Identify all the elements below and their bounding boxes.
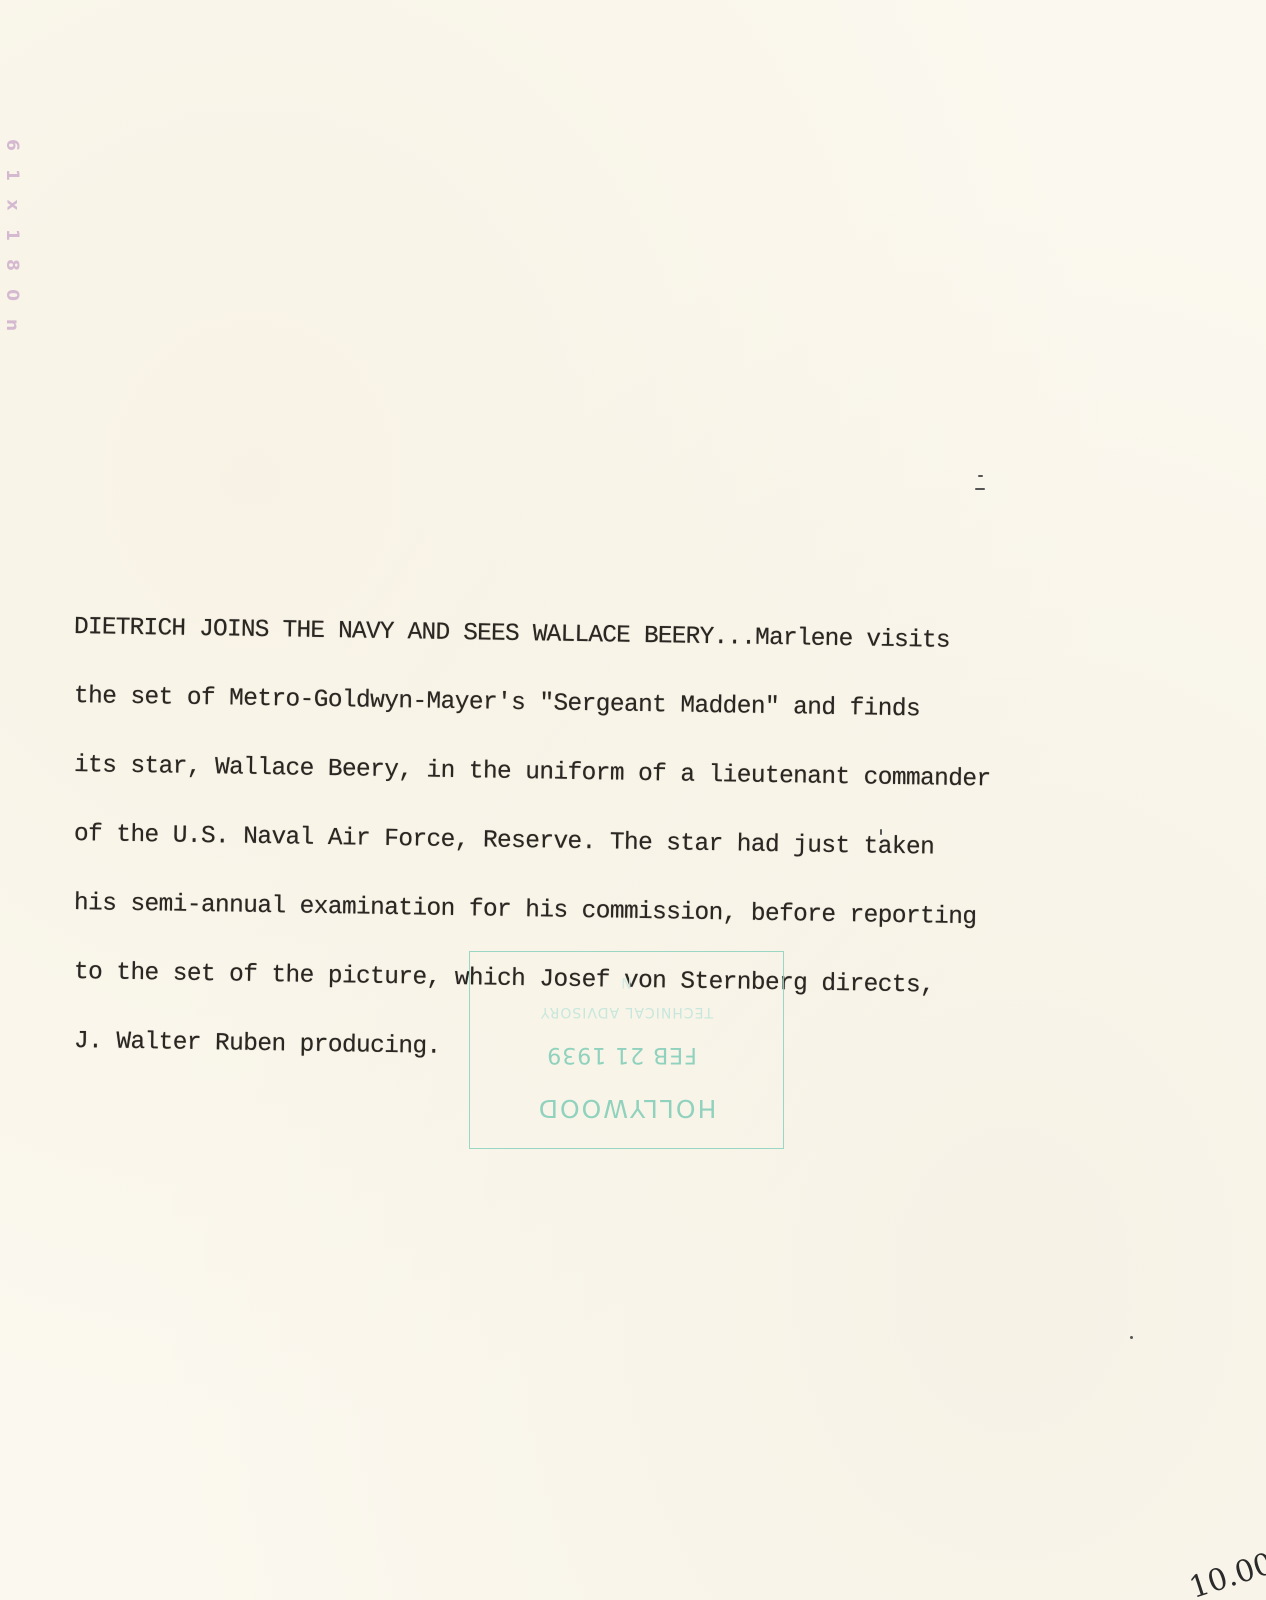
stamp-agency: TECHNICAL ADVISORY — [470, 1004, 783, 1020]
side-stamp-char: n — [2, 319, 22, 331]
ink-speck — [1130, 1336, 1133, 1339]
side-stamp-char: 1 — [2, 169, 22, 181]
side-stamp-char: 8 — [2, 259, 22, 271]
stamp-date: FEB 21 1939 — [470, 1042, 783, 1067]
caption-line: its star, Wallace Beery, in the uniform … — [74, 754, 1134, 794]
ink-speck — [978, 475, 983, 477]
side-stamp-char: 6 — [2, 139, 22, 151]
stamp-city: HOLLYWOOD — [470, 1094, 783, 1123]
side-stamp-char: 1 — [2, 229, 22, 241]
photo-back-paper: 6 1 x 1 8 0 n DIETRICH JOINS THE NAVY AN… — [0, 0, 1266, 1600]
side-stamp-char: 0 — [2, 289, 22, 301]
side-inventory-stamp: 6 1 x 1 8 0 n — [2, 135, 22, 335]
caption-line: DIETRICH JOINS THE NAVY AND SEES WALLACE… — [74, 616, 1134, 656]
stamp-initials: N — [470, 974, 783, 990]
caption-line: the set of Metro-Goldwyn-Mayer's "Sergea… — [74, 685, 1134, 725]
side-stamp-char: x — [2, 200, 22, 211]
handwritten-price: 10.00 — [1185, 1546, 1266, 1600]
caption-line: his semi-annual examination for his comm… — [74, 892, 1134, 932]
caption-line: of the U.S. Naval Air Force, Reserve. Th… — [74, 823, 1134, 863]
hollywood-date-stamp: HOLLYWOOD FEB 21 1939 TECHNICAL ADVISORY… — [469, 951, 784, 1149]
ink-speck — [975, 488, 985, 490]
